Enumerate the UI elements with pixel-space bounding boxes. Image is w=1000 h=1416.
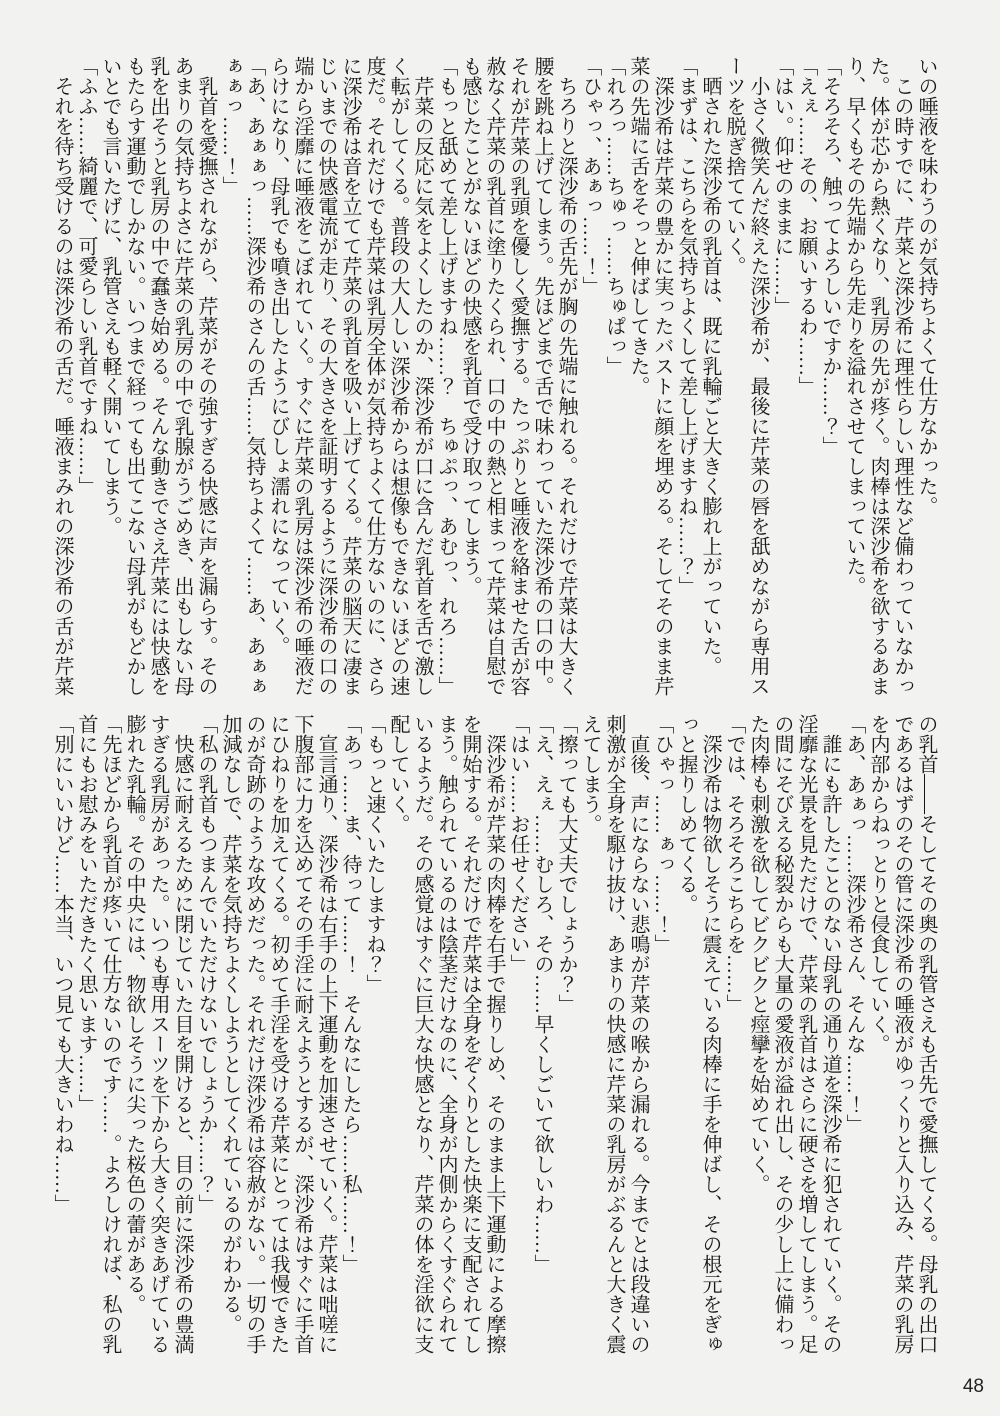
paragraph: 「もっと舐めて差し上げますね……？ ちゅぷっ、あむっ、れろ……」	[434, 56, 458, 706]
paragraph: 宣言通り、深沙希は右手の上下運動を加速させていく。芹菜は咄嗟に下腹部に力を込めて…	[218, 714, 338, 1364]
paragraph: の乳首——そしてその奥の乳管さえも舌先で愛撫してくる。母乳の出口であるはずのその…	[866, 714, 938, 1364]
paragraph: 「別にいいけど……本当、いつ見ても大きいわね……」	[50, 714, 74, 1364]
paragraph: 「ふふ……綺麗で、可愛らしい乳首ですね……」	[74, 56, 98, 706]
paragraph: 「そろそろ、触ってよろしいですか……？」	[818, 56, 842, 706]
paragraph: 直後、声にならない悲鳴が芹菜の喉から漏れる。今までとは段違いの刺激が全身を駆け抜…	[578, 714, 650, 1364]
text-block-bottom: の乳首——そしてその奥の乳管さえも舌先で愛撫してくる。母乳の出口であるはずのその…	[43, 714, 938, 1364]
text-block-top: いの唾液を味わうのが気持ちよくて仕方なかった。この時すでに、芹菜と深沙希に理性ら…	[43, 56, 938, 706]
paragraph: 「擦っても大丈夫でしょうか？」	[554, 714, 578, 1364]
paragraph: 「はい……お任せください」	[506, 714, 530, 1364]
paragraph: 晒された深沙希の乳首は、既に乳輪ごと大きく膨れ上がっていた。	[698, 56, 722, 706]
paragraph: 「えぇ……その、お願いするわ……」	[794, 56, 818, 706]
paragraph: 「では、そろそろこちらを……」	[722, 714, 746, 1364]
paragraph: 「先ほどから乳首が疼いて仕方ないのです……。よろしければ、私の乳首にもお慰みをい…	[74, 714, 122, 1364]
paragraph: 深沙希は芹菜の豊かに実ったバストに顔を埋める。そしてそのまま芹菜の先端に舌をそっ…	[626, 56, 674, 706]
paragraph: 誰にも許したことのない母乳の通り道を深沙希に犯されていく。その淫靡な光景を見ただ…	[746, 714, 842, 1364]
paragraph: 「ひゃっ……ぁっ……！」	[650, 714, 674, 1364]
paragraph: 乳首を愛撫されながら、芹菜がその強すぎる快感に声を漏らす。そのあまりの気持ちよさ…	[98, 56, 218, 706]
paragraph: 「あ、あぁぁっ……深沙希のさんの舌……気持ちよくて……あ、あぁぁぁぁっ……！」	[218, 56, 266, 706]
paragraph: この時すでに、芹菜と深沙希に理性らしい理性など備わっていなかった。体が芯から熱く…	[842, 56, 914, 706]
page-number: 48	[963, 1376, 984, 1398]
paragraph: いの唾液を味わうのが気持ちよくて仕方なかった。	[914, 56, 938, 706]
paragraph: 「もっと速くいたしますね？」	[362, 714, 386, 1364]
paragraph: 「ひゃっ、あぁっ……！」	[578, 56, 602, 706]
paragraph: 深沙希が芹菜の肉棒を右手で握りしめ、そのまま上下運動による摩擦を開始する。それだ…	[386, 714, 506, 1364]
paragraph: 「れろっ……ちゅっ……ちゅぱっ」	[602, 56, 626, 706]
paragraph: 芹菜の反応に気をよくしたのか、深沙希が口に含んだ乳首を舌で激しく転がしてくる。普…	[266, 56, 434, 706]
paragraph: それを待ち受けるのは深沙希の舌だ。唾液まみれの深沙希の舌が芹菜	[50, 56, 74, 706]
paragraph: ちろりと深沙希の舌先が胸の先端に触れる。それだけで芹菜は大きく腰を跳ね上げてしま…	[458, 56, 578, 706]
paragraph: 深沙希は物欲しそうに震えている肉棒に手を伸ばし、その根元をぎゅっと握りしめてくる…	[674, 714, 722, 1364]
paragraph: 「私の乳首もつまんでいただけないでしょうか……？」	[194, 714, 218, 1364]
paragraph: 「あ、あぁっ……深沙希さん、そんな……！」	[842, 714, 866, 1364]
paragraph: 「あっ……ま、待って……！ そんなにしたら……私……！」	[338, 714, 362, 1364]
paragraph: 「はい。仰せのままに……」	[770, 56, 794, 706]
paragraph: 「まずは、こちらを気持ちよくして差し上げますね……？」	[674, 56, 698, 706]
paragraph: 「え、えぇ……むしろ、その……早くしごいて欲しいわ……」	[530, 714, 554, 1364]
paragraph: 小さく微笑んだ終えた深沙希が、最後に芹菜の唇を舐めながら専用スーツを脱ぎ捨ててい…	[722, 56, 770, 706]
novel-page: いの唾液を味わうのが気持ちよくて仕方なかった。この時すでに、芹菜と深沙希に理性ら…	[0, 0, 1000, 1416]
paragraph: 快感に耐えるために閉じていた目を開けると、目の前に深沙希の豊満すぎる乳房があった…	[122, 714, 194, 1364]
